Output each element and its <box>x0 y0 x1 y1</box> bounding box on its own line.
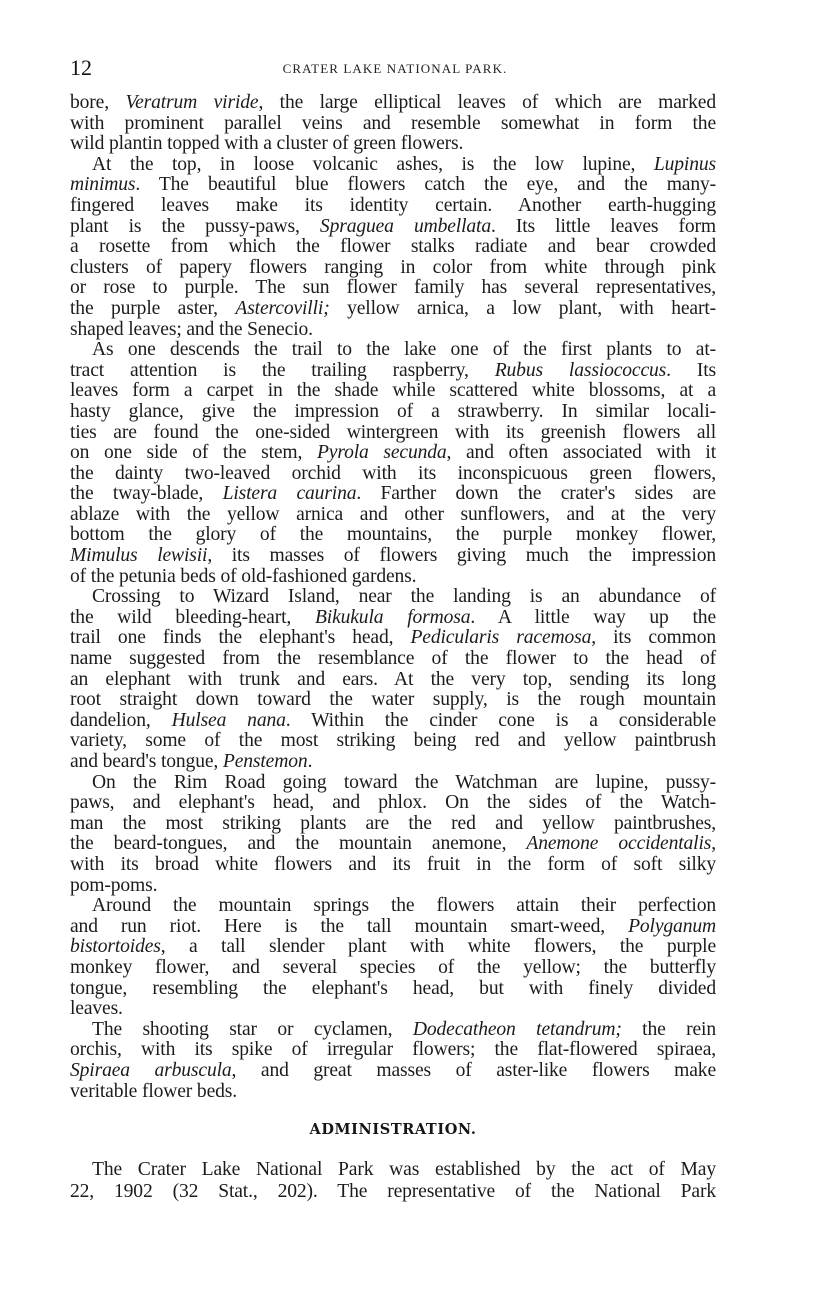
text-line: dandelion, Hulsea nana. Within the cinde… <box>70 711 716 732</box>
section-heading-administration: ADMINISTRATION. <box>70 1120 716 1140</box>
text-line: Crossing to Wizard Island, near the land… <box>70 587 716 608</box>
text-line: wild plantin topped with a cluster of gr… <box>70 134 716 155</box>
text-line: bore, Veratrum viride, the large ellipti… <box>70 93 716 114</box>
species-name: Lupinus <box>654 154 716 175</box>
species-name: Anemone occidentalis <box>526 833 711 854</box>
text-run: fingered leaves make its identity certai… <box>70 195 716 216</box>
text-run: . The beautiful blue flowers catch the e… <box>135 174 716 195</box>
text-run: veritable flower beds. <box>70 1081 237 1102</box>
paragraph-descends-trail: As one descends the trail to the lake on… <box>70 340 716 587</box>
text-line: the tway-blade, Listera caurina. Farther… <box>70 484 716 505</box>
text-run: on one side of the stem, <box>70 442 317 463</box>
text-line: bistortoides, a tall slender plant with … <box>70 937 716 958</box>
text-run: the dainty two-leaved orchid with its in… <box>70 463 716 484</box>
text-run: 22, 1902 (32 Stat., 202). The representa… <box>70 1181 716 1202</box>
text-line: the beard-tongues, and the mountain anem… <box>70 834 716 855</box>
text-line: trail one finds the elephant's head, Ped… <box>70 628 716 649</box>
text-run: , a tall slender plant with white flower… <box>161 936 716 957</box>
text-run: the rein <box>622 1019 716 1040</box>
text-line: minimus. The beautiful blue flowers catc… <box>70 175 716 196</box>
text-line: Around the mountain springs the flowers … <box>70 896 716 917</box>
text-run: plant is the pussy-paws, <box>70 216 320 237</box>
text-line: tongue, resembling the elephant's head, … <box>70 979 716 1000</box>
text-line: and beard's tongue, Penstemon. <box>70 752 716 773</box>
text-run: . A little way up the <box>470 607 716 628</box>
text-run: clusters of papery flowers ranging in co… <box>70 257 716 278</box>
text-line: man the most striking plants are the red… <box>70 814 716 835</box>
text-run: an elephant with trunk and ears. At the … <box>70 669 716 690</box>
text-run: and run riot. Here is the tall mountain … <box>70 916 628 937</box>
text-line: Spiraea arbuscula, and great masses of a… <box>70 1061 716 1082</box>
text-run: trail one finds the elephant's head, <box>70 627 410 648</box>
text-run: the wild bleeding-heart, <box>70 607 315 628</box>
text-line: of the petunia beds of old-fashioned gar… <box>70 567 716 588</box>
text-run: with its broad white flowers and its fru… <box>70 854 716 875</box>
text-line: ablaze with the yellow arnica and other … <box>70 505 716 526</box>
species-name: Mimulus lewisii <box>70 545 207 566</box>
text-run: yellow arnica, a low plant, with heart- <box>330 298 716 319</box>
text-run: hasty glance, give the impression of a s… <box>70 401 716 422</box>
text-line: At the top, in loose volcanic ashes, is … <box>70 155 716 176</box>
text-run: bottom the glory of the mountains, the p… <box>70 524 716 545</box>
text-line: orchis, with its spike of irregular flow… <box>70 1040 716 1061</box>
paragraph-wizard-island: Crossing to Wizard Island, near the land… <box>70 587 716 772</box>
text-run: and beard's tongue, <box>70 751 223 772</box>
text-run: As one descends the trail to the lake on… <box>92 339 716 360</box>
text-run: dandelion, <box>70 710 172 731</box>
text-run: , its masses of flowers giving much the … <box>207 545 716 566</box>
text-line: and run riot. Here is the tall mountain … <box>70 917 716 938</box>
species-name: Hulsea nana <box>172 710 286 731</box>
text-run: variety, some of the most striking being… <box>70 730 716 751</box>
page-number: 12 <box>70 56 92 80</box>
text-line: hasty glance, give the impression of a s… <box>70 402 716 423</box>
text-run: ties are found the one-sided wintergreen… <box>70 422 716 443</box>
text-run: . Within the cinder cone is a considerab… <box>286 710 716 731</box>
text-line: leaves. <box>70 999 716 1020</box>
text-run: tongue, resembling the elephant's head, … <box>70 978 716 999</box>
text-run: . Its <box>666 360 716 381</box>
text-line: The Crater Lake National Park was establ… <box>70 1159 716 1181</box>
text-line: Mimulus lewisii, its masses of flowers g… <box>70 546 716 567</box>
species-name: Spiraea arbuscula <box>70 1060 232 1081</box>
species-name: Pyrola secunda <box>317 442 447 463</box>
text-run: or rose to purple. The sun flower family… <box>70 277 716 298</box>
text-run: At the top, in loose volcanic ashes, is … <box>92 154 654 175</box>
text-line: on one side of the stem, Pyrola secunda,… <box>70 443 716 464</box>
text-run: wild plantin topped with a cluster of gr… <box>70 133 463 154</box>
paragraph-rim-road: On the Rim Road going toward the Watchma… <box>70 773 716 897</box>
text-run: shaped leaves; and the Senecio. <box>70 319 313 340</box>
text-line: with prominent parallel veins and resemb… <box>70 114 716 135</box>
species-name: Dodecatheon tetandrum; <box>413 1019 622 1040</box>
text-line: leaves form a carpet in the shade while … <box>70 381 716 402</box>
running-title: CRATER LAKE NATIONAL PARK. <box>248 60 542 78</box>
species-name: Rubus lassiococcus <box>495 360 666 381</box>
text-line: veritable flower beds. <box>70 1082 716 1103</box>
text-run: ablaze with the yellow arnica and other … <box>70 504 716 525</box>
text-run: man the most striking plants are the red… <box>70 813 716 834</box>
text-line: ties are found the one-sided wintergreen… <box>70 423 716 444</box>
text-line: On the Rim Road going toward the Watchma… <box>70 773 716 794</box>
text-run: monkey flower, and several species of th… <box>70 957 716 978</box>
text-run: the beard-tongues, and the mountain anem… <box>70 833 526 854</box>
text-run: , and often associated with it <box>447 442 716 463</box>
text-line: shaped leaves; and the Senecio. <box>70 320 716 341</box>
species-name: bistortoides <box>70 936 161 957</box>
text-run: . <box>308 751 313 772</box>
text-line: The shooting star or cyclamen, Dodecathe… <box>70 1020 716 1041</box>
species-name: Penstemon <box>223 751 308 772</box>
text-run: leaves form a carpet in the shade while … <box>70 380 716 401</box>
text-run: tract attention is the trailing raspberr… <box>70 360 495 381</box>
running-head: 12 CRATER LAKE NATIONAL PARK. <box>70 56 716 80</box>
body-text: bore, Veratrum viride, the large ellipti… <box>70 93 716 1102</box>
text-line: with its broad white flowers and its fru… <box>70 855 716 876</box>
text-line: a rosette from which the flower stalks r… <box>70 237 716 258</box>
text-line: the purple aster, Astercovilli; yellow a… <box>70 299 716 320</box>
text-run: bore, <box>70 92 125 113</box>
text-line: plant is the pussy-paws, Spraguea umbell… <box>70 217 716 238</box>
species-name: Polyganum <box>628 916 716 937</box>
text-run: Crossing to Wizard Island, near the land… <box>92 586 716 607</box>
text-run: pom-poms. <box>70 875 157 896</box>
paragraph-veratrum: bore, Veratrum viride, the large ellipti… <box>70 93 716 155</box>
text-line: bottom the glory of the mountains, the p… <box>70 525 716 546</box>
text-line: fingered leaves make its identity certai… <box>70 196 716 217</box>
text-run: the purple aster, <box>70 298 235 319</box>
text-line: the dainty two-leaved orchid with its in… <box>70 464 716 485</box>
text-line: paws, and elephant's head, and phlox. On… <box>70 793 716 814</box>
text-line: clusters of papery flowers ranging in co… <box>70 258 716 279</box>
text-run: The shooting star or cyclamen, <box>92 1019 413 1040</box>
species-name: minimus <box>70 174 135 195</box>
species-name: Pedicularis racemosa <box>410 627 591 648</box>
text-line: the wild bleeding-heart, Bikukula formos… <box>70 608 716 629</box>
text-line: or rose to purple. The sun flower family… <box>70 278 716 299</box>
text-line: tract attention is the trailing raspberr… <box>70 361 716 382</box>
text-run: . Its little leaves form <box>491 216 716 237</box>
text-run: paws, and elephant's head, and phlox. On… <box>70 792 716 813</box>
text-run: orchis, with its spike of irregular flow… <box>70 1039 716 1060</box>
species-name: Astercovilli; <box>235 298 329 319</box>
text-run: a rosette from which the flower stalks r… <box>70 236 716 257</box>
text-run: , the large elliptical leaves of which a… <box>258 92 716 113</box>
text-run: The Crater Lake National Park was establ… <box>92 1159 716 1180</box>
paragraph-mountain-springs: Around the mountain springs the flowers … <box>70 896 716 1020</box>
text-run: , <box>711 833 716 854</box>
text-run: of the petunia beds of old-fashioned gar… <box>70 566 416 587</box>
text-run: On the Rim Road going toward the Watchma… <box>92 772 716 793</box>
paragraph-at-the-top: At the top, in loose volcanic ashes, is … <box>70 155 716 340</box>
text-run: with prominent parallel veins and resemb… <box>70 113 716 134</box>
text-line: monkey flower, and several species of th… <box>70 958 716 979</box>
text-run: root straight down toward the water supp… <box>70 689 716 710</box>
text-line: 22, 1902 (32 Stat., 202). The representa… <box>70 1181 716 1203</box>
text-line: pom-poms. <box>70 876 716 897</box>
administration-paragraph: The Crater Lake National Park was establ… <box>70 1159 716 1203</box>
species-name: Veratrum viride <box>125 92 258 113</box>
text-run: , and great masses of aster-like flowers… <box>232 1060 716 1081</box>
text-run: leaves. <box>70 998 123 1019</box>
text-run: . Farther down the crater's sides are <box>356 483 716 504</box>
text-line: root straight down toward the water supp… <box>70 690 716 711</box>
text-run: name suggested from the resemblance of t… <box>70 648 716 669</box>
text-line: name suggested from the resemblance of t… <box>70 649 716 670</box>
text-run: , its common <box>591 627 716 648</box>
text-run: the tway-blade, <box>70 483 223 504</box>
species-name: Bikukula formosa <box>315 607 470 628</box>
text-line: variety, some of the most striking being… <box>70 731 716 752</box>
species-name: Spraguea umbellata <box>320 216 491 237</box>
text-line: an elephant with trunk and ears. At the … <box>70 670 716 691</box>
text-run: Around the mountain springs the flowers … <box>92 895 716 916</box>
species-name: Listera caurina <box>223 483 357 504</box>
text-line: As one descends the trail to the lake on… <box>70 340 716 361</box>
paragraph-shooting-star: The shooting star or cyclamen, Dodecathe… <box>70 1020 716 1102</box>
